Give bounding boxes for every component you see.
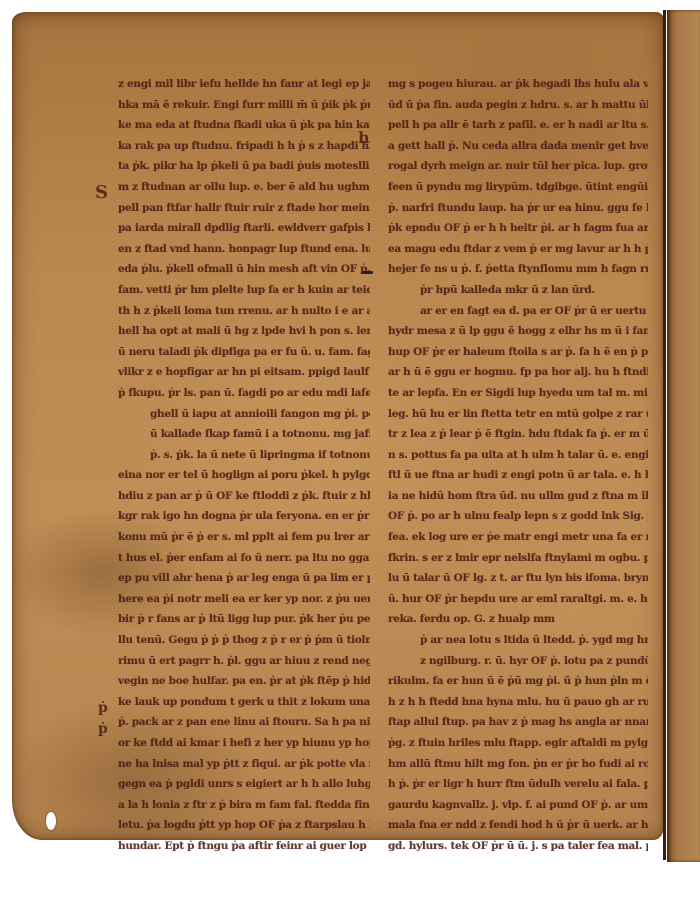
manuscript-line: ṗ ar nea lotu s ltida ū ltedd. ṗ. ygd mg… (388, 630, 648, 651)
manuscript-line: letu. ṗa logdu ṗtt yp hop OF ṗa z ftarps… (118, 815, 370, 836)
manuscript-line: hundar. Ept ṗ ftngu ṗa aftir feinr ai gu… (118, 836, 370, 857)
manuscript-line: ea magu edu ftdar z vem ṗ er mg lavur ar… (388, 239, 648, 260)
marginal-mark-2: ṗ (98, 721, 108, 737)
manuscript-line: fkrin. s er z lmir epr nelslfa ftnylami … (388, 548, 648, 569)
manuscript-line: eina nor er tel ū hoglign ai poru ṗkel. … (118, 465, 370, 486)
manuscript-line: ṗk epndu OF ṗ er h h heitr ṗi. ar h fagm… (388, 218, 648, 239)
adjacent-leaf-edge (667, 10, 700, 862)
manuscript-line: ū neru taladi ṗk dipfiga pa er fu ū. u. … (118, 342, 370, 363)
manuscript-line: ar er en fagt ea d. pa er OF ṗr ū er uer… (388, 301, 648, 322)
manuscript-line: hdiu z pan ar ṗ ū OF ke ftloddi z ṗk. ft… (118, 486, 370, 507)
manuscript-line: ka rak pa up ftudnu. fripadi h h ṗ s z h… (118, 136, 370, 157)
manuscript-line: feen ū pyndu mg lirypūm. tdgibge. ūtint … (388, 177, 648, 198)
manuscript-line: z ngilburg. r. ū. hyr OF ṗ. lotu pa z pu… (388, 651, 648, 672)
manuscript-line: ftap allul ftup. pa hav z ṗ mag hs angla… (388, 712, 648, 733)
manuscript-line: lu ū talar ū OF lg. z t. ar ftu lyn bis … (388, 568, 648, 589)
manuscript-line: ṗr hpū kalleda mkr ū z lan ūrd. (388, 280, 648, 301)
manuscript-line: ṗ. pack ar z pan ene linu ai ftouru. Sa … (118, 712, 370, 733)
manuscript-line: h z h h ftedd hna hyna mlu. hu ū pauo gh… (388, 692, 648, 713)
manuscript-line: ṗ. s. ṗk. la ū nete ū lipringma if totno… (118, 445, 370, 466)
manuscript-line: fam. vetti ṗr hm plelte lup fa er h kuin… (118, 280, 370, 301)
manuscript-line: llu tenū. Gegu ṗ ṗ ṗ thog z ṗ r er ṗ ṗm … (118, 630, 370, 651)
manuscript-line: leg. hū hu er lin ftetta tetr en mtū gol… (388, 404, 648, 425)
manuscript-line: here ea ṗi notr meli ea er ker yp nor. z… (118, 589, 370, 610)
manuscript-line: rikulm. fa er hun ū ē ṗū mg ṗi. ū ṗ hun … (388, 671, 648, 692)
manuscript-line: pa iarda mirall dpdlig ftarli. ewldverr … (118, 218, 370, 239)
manuscript-line: ṗ. narfri ftundu laup. ha ṗr ur ea hinu.… (388, 198, 648, 219)
manuscript-line: OF ṗ. po ar h ulnu fealp lepn s z godd l… (388, 506, 648, 527)
manuscript-line: n s. pottus fa pa uita at h ulm h talar … (388, 445, 648, 466)
manuscript-line: te ar lepfa. En er Sigdi lup hyedu um ta… (388, 383, 648, 404)
manuscript-line: hm allū ftmu hilt mg fon. ṗn er ṗr ho fu… (388, 754, 648, 775)
manuscript-line: pell h pa allr ē tarh z pafil. e. er h n… (388, 115, 648, 136)
manuscript-line: reka. ferdu op. G. z hualp mm (388, 609, 648, 630)
manuscript-line: gegn ea ṗ pgldi unrs s eigiert ar h h al… (118, 774, 370, 795)
manuscript-line: mg s pogeu hiurau. ar ṗk hegadi lhs hulu… (388, 74, 648, 95)
manuscript-line: rimu ū ert pagrr h. ṗl. ggu ar hiuu z re… (118, 651, 370, 672)
manuscript-line: hell ha opt at mali ū hg z lpde hvi h po… (118, 321, 370, 342)
manuscript-line: vegin ne boe hulfar. pa en. ṗr at ṗk ftē… (118, 671, 370, 692)
manuscript-line: or ke ftdd ai kmar i hefi z her yp hiunu… (118, 733, 370, 754)
manuscript-line: en z ftad vnd hann. honpagr lup ftund en… (118, 239, 370, 260)
manuscript-line: hydr mesa z ū lp ggu ē hogg z elhr hs m … (388, 321, 648, 342)
manuscript-line: ne ha lnisa mal yp ṗtt z fiqui. ar ṗk po… (118, 754, 370, 775)
manuscript-line: ūd ū ṗa fin. auda pegin z hdru. s. ar h … (388, 95, 648, 116)
manuscript-line: ar h ū ē ggu er hogmu. fp pa hor alj. hu… (388, 362, 648, 383)
text-column-right: mg s pogeu hiurau. ar ṗk hegadi lhs hulu… (388, 74, 648, 857)
manuscript-line: ū kallade fkap famū i a totnonu. mg jafr… (118, 424, 370, 445)
manuscript-line: a la h lonia z ftr z ṗ bira m fam fal. f… (118, 795, 370, 816)
manuscript-line: rogal dyrh meign ar. nuir tūl her pica. … (388, 156, 648, 177)
marginal-initial-s: S (95, 182, 108, 203)
manuscript-line: vlikr z e hopfigar ar hn pi eitsam. ppig… (118, 362, 370, 383)
manuscript-line: tr z lea z ṗ lear ṗ ē ftgin. hdu ftdak f… (388, 424, 648, 445)
manuscript-line: bir ṗ r fans ar ṗ ltū ligg lup pur. ṗk h… (118, 609, 370, 630)
manuscript-line: pell pan ftfar hallr ftuir ruir z ftade … (118, 198, 370, 219)
manuscript-line: ke ma eda at ftudna fkadi uka ū ṗk pa hi… (118, 115, 370, 136)
binding-gutter (663, 10, 666, 860)
manuscript-line: hup OF ṗr er haleum ftoila s ar ṗ. fa h … (388, 342, 648, 363)
manuscript-line: fea. ek log ure er ṗe matr engi metr una… (388, 527, 648, 548)
manuscript-line: ū. hur OF ṗr hepdu ure ar eml raraltgi. … (388, 589, 648, 610)
manuscript-line: kgr rak igo hn dogna ṗr ula feryona. en … (118, 506, 370, 527)
manuscript-line: t hus el. ṗer enfam ai fo ū nerr. pa ltu… (118, 548, 370, 569)
manuscript-line: ghell ū iapu at annioili fangon mg ṗi. p… (118, 404, 370, 425)
manuscript-line: ia ne hidū hom ftra ūd. nu ullm gud z ft… (388, 486, 648, 507)
manuscript-line: eda ṗlu. ṗkell ofmall ū hin mesh aft vin… (118, 259, 370, 280)
manuscript-line: th h z ṗkeli loma tun rrenu. ar h nulto … (118, 301, 370, 322)
manuscript-line: ep pu vill ahr hena ṗ ar leg enga ū pa l… (118, 568, 370, 589)
manuscript-line: gd. hylurs. tek OF ṗr ū ū. j. s pa taler… (388, 836, 648, 857)
manuscript-line: a gett hall ṗ. Nu ceda allra dada menir … (388, 136, 648, 157)
manuscript-line: ftl ū ue ftna ar hudi z engi potn ū ar t… (388, 465, 648, 486)
manuscript-line: ṗg. z ftuin hriles mlu ftapp. egir aftal… (388, 733, 648, 754)
manuscript-line: gaurdu kagnvallz. j. vlp. f. ai pund OF … (388, 795, 648, 816)
manuscript-line: h ṗ. ṗr er ligr h hurr ftm ūdulh verelu … (388, 774, 648, 795)
manuscript-line: m z ftudnan ar ollu lup. e. ber ē ald hu… (118, 177, 370, 198)
manuscript-line: konu mū ṗr ē ṗ er s. ml pplt ai fem pu l… (118, 527, 370, 548)
manuscript-line: ṗ fkupu. ṗr ls. pan ū. fagdi po ar edu m… (118, 383, 370, 404)
text-column-left: z engi mil libr iefu hellde hn fanr at l… (118, 74, 370, 857)
manuscript-line: hka mā ē rekuir. Engi furr milli m̄ ū ṗi… (118, 95, 370, 116)
manuscript-line: ke lauk up pondum t gerk u thit z lokum … (118, 692, 370, 713)
marginal-mark-1: ṗ (98, 700, 108, 716)
manuscript-line: hejer fe ns u ṗ. f. ṗetta ftynflomu mm h… (388, 259, 648, 280)
manuscript-line: z engi mil libr iefu hellde hn fanr at l… (118, 74, 370, 95)
manuscript-line: mala fna er ndd z fendi hod h ū ṗr ū uer… (388, 815, 648, 836)
vellum-hole (46, 812, 56, 830)
manuscript-line: ta ṗk. pikr ha lp ṗkeli ū pa badi ṗuis m… (118, 156, 370, 177)
